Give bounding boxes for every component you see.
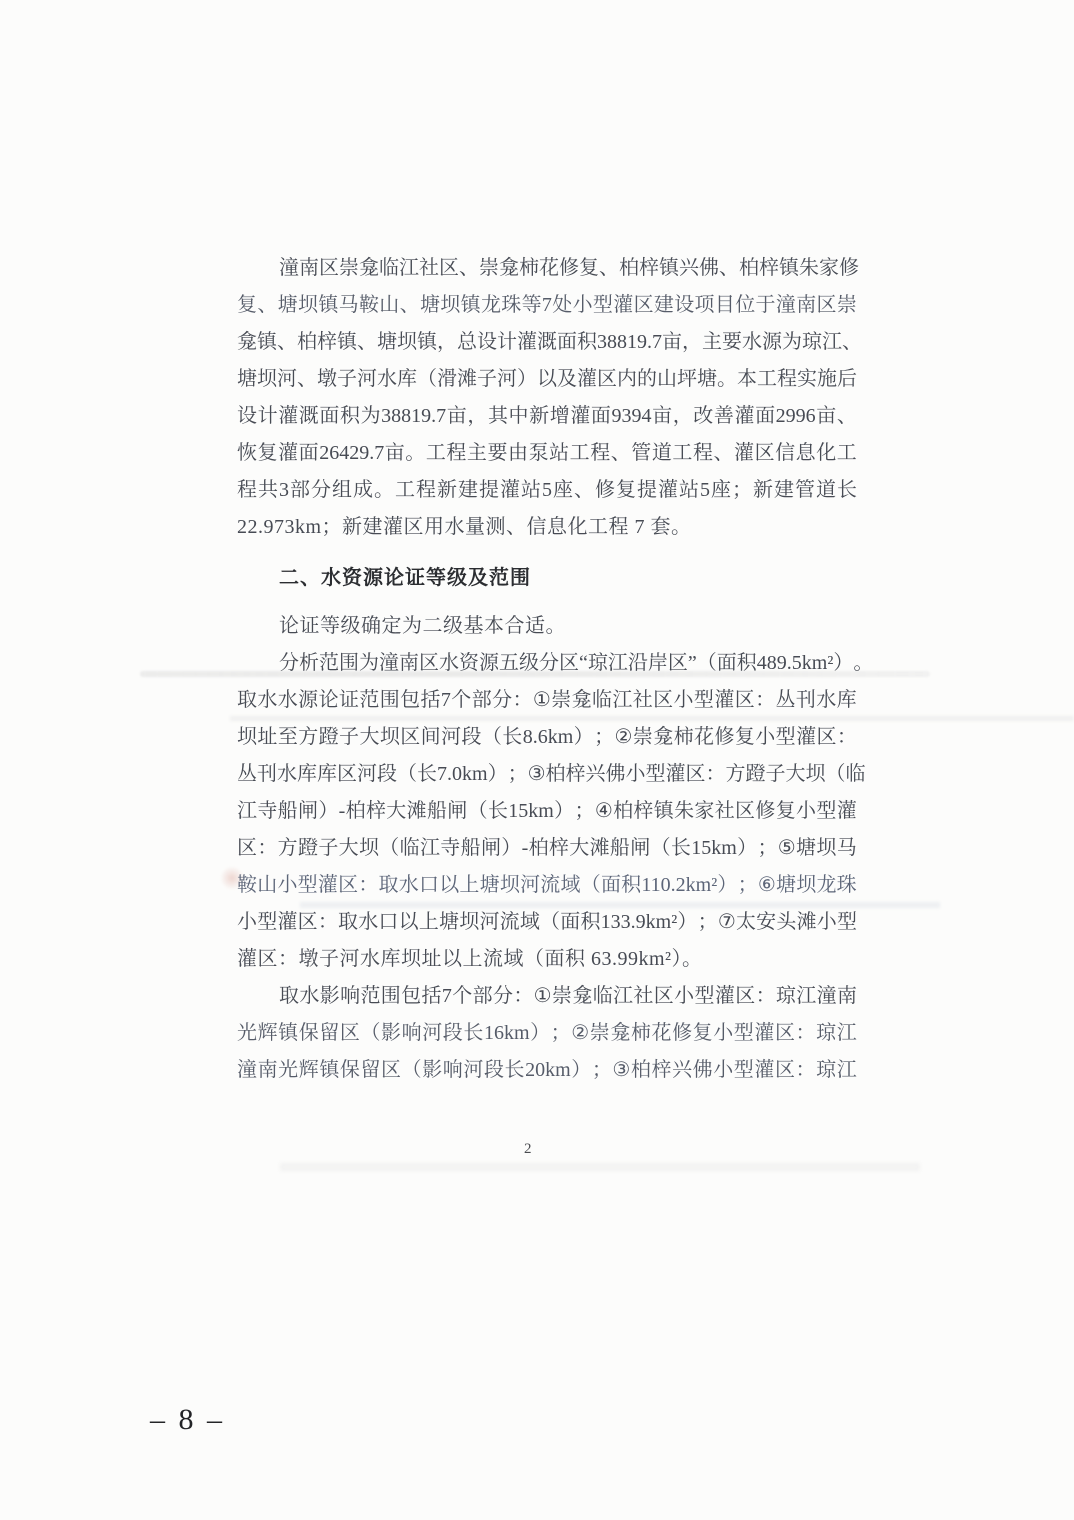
paragraph-line: 论证等级确定为二级基本合适。 — [237, 608, 857, 645]
paragraph-line: 江寺船闸）-柏梓大滩船闸（长15km）；④柏梓镇朱家社区修复小型灌 — [237, 793, 857, 830]
paragraph-line: 潼南光辉镇保留区（影响河段长20km）；③柏梓兴佛小型灌区：琼江 — [237, 1052, 857, 1089]
document-body: 潼南区崇龛临江社区、崇龛柿花修复、柏梓镇兴佛、柏梓镇朱家修 复、塘坝镇马鞍山、塘… — [237, 250, 857, 1089]
scan-streak — [280, 1163, 920, 1171]
section-heading: 二、水资源论证等级及范围 — [237, 560, 857, 597]
paragraph-line: 坝址至方蹬子大坝区间河段（长8.6km）；②崇龛柿花修复小型灌区： — [237, 719, 857, 756]
paragraph-line: 小型灌区：取水口以上塘坝河流域（面积133.9km²）；⑦太安头滩小型 — [237, 904, 857, 941]
paragraph-line: 设计灌溉面积为38819.7亩，其中新增灌面9394亩，改善灌面2996亩、 — [237, 398, 857, 435]
paragraph-line: 复、塘坝镇马鞍山、塘坝镇龙珠等7处小型灌区建设项目位于潼南区崇 — [237, 287, 857, 324]
inner-page-number: 2 — [524, 1139, 532, 1159]
paragraph-line: 区：方蹬子大坝（临江寺船闸）-柏梓大滩船闸（长15km）；⑤塘坝马 — [237, 830, 857, 867]
document-page: 潼南区崇龛临江社区、崇龛柿花修复、柏梓镇兴佛、柏梓镇朱家修 复、塘坝镇马鞍山、塘… — [0, 0, 1074, 1520]
paragraph-line: 分析范围为潼南区水资源五级分区“琼江沿岸区”（面积489.5km²）。 — [237, 645, 857, 682]
paragraph-line: 灌区：墩子河水库坝址以上流域（面积 63.99km²）。 — [237, 941, 857, 978]
paragraph-line: 丛刊水库库区河段（长7.0km）；③柏梓兴佛小型灌区：方蹬子大坝（临 — [237, 756, 857, 793]
paragraph-line: 塘坝河、墩子河水库（滑滩子河）以及灌区内的山坪塘。本工程实施后 — [237, 361, 857, 398]
paragraph-line: 潼南区崇龛临江社区、崇龛柿花修复、柏梓镇兴佛、柏梓镇朱家修 — [237, 250, 857, 287]
paragraph-line: 光辉镇保留区（影响河段长16km）；②崇龛柿花修复小型灌区：琼江 — [237, 1015, 857, 1052]
paragraph-line: 22.973km；新建灌区用水量测、信息化工程 7 套。 — [237, 509, 857, 546]
paragraph-line: 取水影响范围包括7个部分：①崇龛临江社区小型灌区：琼江潼南 — [237, 978, 857, 1015]
paragraph-line: 恢复灌面26429.7亩。工程主要由泵站工程、管道工程、灌区信息化工 — [237, 435, 857, 472]
paragraph-line: 取水水源论证范围包括7个部分：①崇龛临江社区小型灌区：丛刊水库 — [237, 682, 857, 719]
paragraph-line: 鞍山小型灌区：取水口以上塘坝河流域（面积110.2km²）；⑥塘坝龙珠 — [237, 867, 857, 904]
paragraph-line: 程共3部分组成。工程新建提灌站5座、修复提灌站5座；新建管道长 — [237, 472, 857, 509]
paragraph-line: 龛镇、柏梓镇、塘坝镇，总设计灌溉面积38819.7亩，主要水源为琼江、 — [237, 324, 857, 361]
footer-page-number: – 8 – — [150, 1400, 225, 1440]
